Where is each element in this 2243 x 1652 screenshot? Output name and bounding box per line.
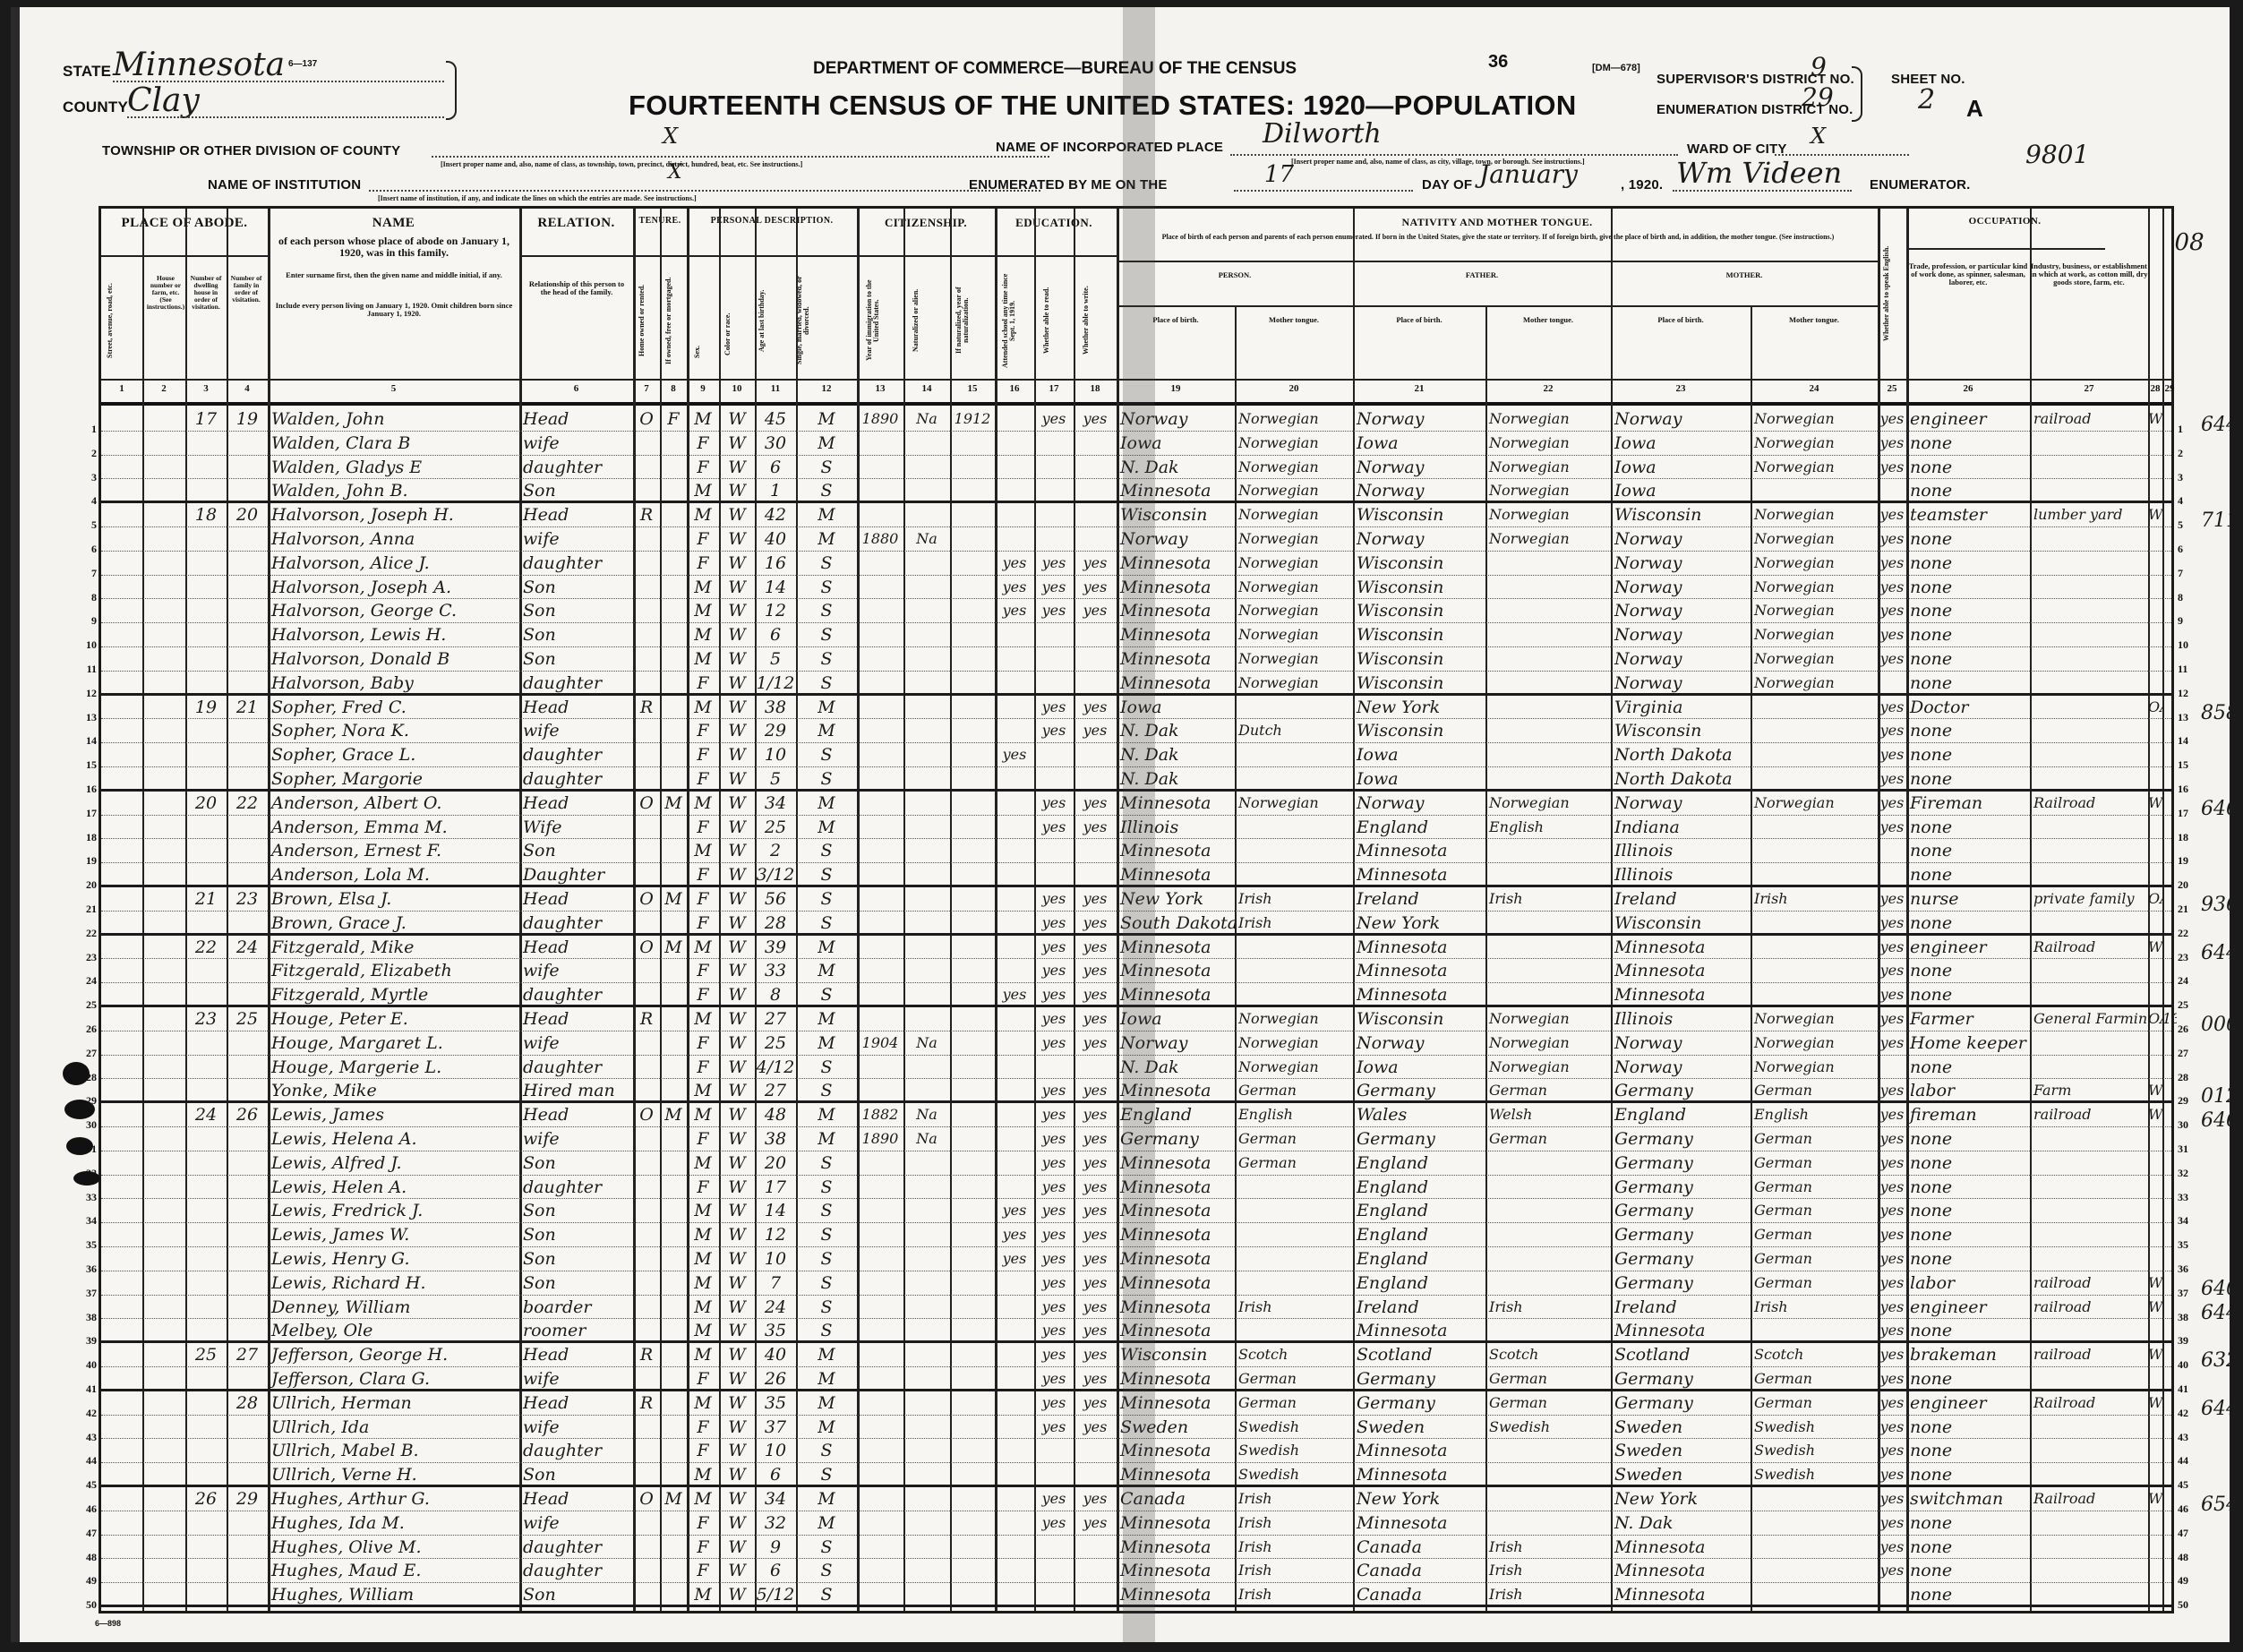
cell-f-pob: Norway — [1353, 456, 1485, 479]
cell-school — [995, 959, 1034, 982]
column-number: 13 — [857, 383, 903, 403]
cell-m-tongue — [1751, 983, 1878, 1006]
cell-m-pob: Norway — [1611, 527, 1751, 551]
cell-free: M — [660, 936, 687, 959]
cell-f-pob: Sweden — [1353, 1416, 1485, 1439]
cell-f-pob: Minnesota — [1353, 936, 1485, 959]
cell-imm — [857, 576, 903, 599]
cell-english: yes — [1878, 599, 1906, 622]
cell-relation: Head — [519, 1007, 633, 1031]
line-number: 32 — [2178, 1167, 2201, 1180]
cell-industry — [2030, 696, 2148, 719]
cell-m-pob: Illinois — [1611, 1007, 1751, 1031]
header-c16: Attended school any time since Sept. 1, … — [1002, 271, 1016, 370]
cell-school — [995, 1583, 1034, 1606]
cell-race: W — [719, 887, 755, 911]
cell-race: W — [719, 503, 755, 526]
cell-age: 12 — [755, 599, 796, 622]
cell-industry: Farm — [2030, 1079, 2148, 1102]
cell-class — [2148, 527, 2162, 551]
line-number: 21 — [75, 903, 97, 916]
cell-farm — [2162, 647, 2177, 671]
cell-age: 26 — [755, 1367, 796, 1391]
cell-f-pob: New York — [1353, 912, 1485, 935]
cell-tongue: Irish — [1235, 1487, 1353, 1511]
header-father-pob: Place of birth. — [1353, 316, 1485, 324]
header-c4: Number of family in order of visitation. — [227, 275, 266, 304]
cell-own — [633, 1319, 660, 1342]
cell-relation: wife — [519, 432, 633, 455]
cell-tongue: Norwegian — [1235, 599, 1353, 622]
occupation-code-note: 646 — [2201, 798, 2239, 820]
township-value: X — [663, 124, 678, 149]
cell-marital: M — [796, 1007, 857, 1031]
cell-free — [660, 1007, 687, 1031]
header-c25: Whether able to speak English. — [1883, 218, 1890, 370]
line-number: 31 — [2178, 1143, 2201, 1156]
cell-natyr — [950, 1536, 995, 1559]
cell-family — [227, 863, 268, 886]
cell-school: yes — [995, 552, 1034, 575]
cell-occupation: Fireman — [1906, 792, 2030, 815]
cell-school — [995, 1056, 1034, 1079]
cell-nat — [903, 576, 950, 599]
cell-own — [633, 912, 660, 935]
cell-own — [633, 1079, 660, 1102]
cell-school — [995, 623, 1034, 646]
occupation-code-note: 858 — [2201, 702, 2239, 724]
line-number: 46 — [2178, 1502, 2201, 1516]
cell-age: 6 — [755, 623, 796, 646]
cell-natyr — [950, 1583, 995, 1606]
cell-imm: 1890 — [857, 407, 903, 431]
cell-english: yes — [1878, 1031, 1906, 1055]
cell-f-pob: England — [1353, 1271, 1485, 1295]
cell-race: W — [719, 1007, 755, 1031]
cell-marital: M — [796, 1367, 857, 1391]
cell-own — [633, 672, 660, 695]
cell-name: Sopher, Fred C. — [268, 696, 519, 719]
cell-read: yes — [1034, 983, 1074, 1006]
cell-family — [227, 767, 268, 791]
cell-class: W — [2148, 503, 2162, 526]
cell-occupation: engineer — [1906, 936, 2030, 959]
cell-tongue: Swedish — [1235, 1463, 1353, 1486]
cell-race: W — [719, 672, 755, 695]
cell-dwelling — [185, 599, 227, 622]
line-number: 13 — [75, 711, 97, 724]
cell-marital: M — [796, 816, 857, 839]
cell-school — [995, 1151, 1034, 1175]
cell-race: W — [719, 839, 755, 862]
cell-own: O — [633, 887, 660, 911]
cell-occupation: none — [1906, 1199, 2030, 1222]
cell-school: yes — [995, 576, 1034, 599]
cell-english: yes — [1878, 552, 1906, 575]
cell-sex: F — [687, 912, 719, 935]
cell-free — [660, 1199, 687, 1222]
cell-class — [2148, 1536, 2162, 1559]
cell-read — [1034, 647, 1074, 671]
cell-dwelling — [185, 1463, 227, 1486]
cell-m-pob: Minnesota — [1611, 959, 1751, 982]
cell-imm — [857, 719, 903, 742]
line-number: 8 — [75, 591, 97, 604]
cell-tongue — [1235, 936, 1353, 959]
column-number: 23 — [1611, 383, 1751, 403]
cell-race: W — [719, 576, 755, 599]
cell-m-pob: Iowa — [1611, 432, 1751, 455]
cell-age: 16 — [755, 552, 796, 575]
occupation-code-note: 646 — [2201, 1109, 2239, 1132]
cell-industry — [2030, 576, 2148, 599]
cell-m-tongue: German — [1751, 1391, 1878, 1415]
header-c14: Naturalized or alien. — [912, 271, 920, 370]
cell-natyr — [950, 839, 995, 862]
cell-race: W — [719, 407, 755, 431]
cell-class — [2148, 1247, 2162, 1271]
cell-family — [227, 1367, 268, 1391]
cell-f-pob: Minnesota — [1353, 983, 1485, 1006]
cell-english: yes — [1878, 1367, 1906, 1391]
cell-m-pob: Germany — [1611, 1247, 1751, 1271]
cell-m-tongue: German — [1751, 1176, 1878, 1199]
cell-english — [1878, 672, 1906, 695]
cell-sex: F — [687, 1176, 719, 1199]
cell-sex: F — [687, 1416, 719, 1439]
line-number: 8 — [2178, 591, 2201, 604]
cell-name: Yonke, Mike — [268, 1079, 519, 1102]
form-number: 6—137 — [288, 59, 317, 69]
cell-sex: M — [687, 1271, 719, 1295]
cell-nat — [903, 767, 950, 791]
cell-english — [1878, 839, 1906, 862]
cell-school — [995, 1559, 1034, 1582]
cell-marital: S — [796, 887, 857, 911]
cell-occupation: none — [1906, 1127, 2030, 1151]
cell-natyr — [950, 1103, 995, 1126]
header-c18: Whether able to write. — [1083, 271, 1090, 370]
cell-m-pob: Germany — [1611, 1127, 1751, 1151]
header-education: EDUCATION. — [995, 216, 1113, 230]
cell-read: yes — [1034, 599, 1074, 622]
cell-tongue: Norwegian — [1235, 672, 1353, 695]
cell-m-pob: Virginia — [1611, 696, 1751, 719]
cell-imm — [857, 696, 903, 719]
cell-relation: Son — [519, 576, 633, 599]
column-number: 7 — [633, 383, 660, 403]
cell-nat — [903, 983, 950, 1006]
cell-nat — [903, 887, 950, 911]
cell-imm: 1880 — [857, 527, 903, 551]
cell-m-pob: Norway — [1611, 407, 1751, 431]
cell-write: yes — [1074, 1271, 1117, 1295]
cell-farm — [2162, 599, 2177, 622]
cell-read: yes — [1034, 1151, 1074, 1175]
cell-dwelling — [185, 983, 227, 1006]
cell-english: yes — [1878, 1127, 1906, 1151]
cell-age: 8 — [755, 983, 796, 1006]
column-number: 8 — [660, 383, 687, 403]
cell-tongue: German — [1235, 1391, 1353, 1415]
cell-f-tongue: Norwegian — [1485, 1007, 1611, 1031]
cell-dwelling — [185, 839, 227, 862]
cell-m-tongue: Swedish — [1751, 1439, 1878, 1462]
ink-blot — [66, 1137, 93, 1155]
column-number: 29 — [2162, 383, 2177, 403]
cell-family — [227, 1296, 268, 1319]
cell-occupation: none — [1906, 719, 2030, 742]
cell-m-pob: North Dakota — [1611, 767, 1751, 791]
cell-name: Lewis, Alfred J. — [268, 1151, 519, 1175]
cell-f-tongue: German — [1485, 1391, 1611, 1415]
cell-age: 38 — [755, 696, 796, 719]
cell-write: yes — [1074, 936, 1117, 959]
cell-family: 20 — [227, 503, 268, 526]
cell-dwelling — [185, 767, 227, 791]
cell-f-tongue — [1485, 839, 1611, 862]
cell-family: 24 — [227, 936, 268, 959]
cell-own: O — [633, 792, 660, 815]
cell-name: Halvorson, Baby — [268, 672, 519, 695]
cell-f-pob: New York — [1353, 696, 1485, 719]
cell-relation: Head — [519, 1103, 633, 1126]
cell-f-tongue: Irish — [1485, 1559, 1611, 1582]
cell-f-pob: Wales — [1353, 1103, 1485, 1126]
cell-relation: Son — [519, 1583, 633, 1606]
cell-class: W — [2148, 1296, 2162, 1319]
cell-school — [995, 456, 1034, 479]
cell-english: yes — [1878, 696, 1906, 719]
cell-read — [1034, 672, 1074, 695]
cell-relation: wife — [519, 1031, 633, 1055]
cell-race: W — [719, 1271, 755, 1295]
cell-m-tongue: Norwegian — [1751, 1056, 1878, 1079]
cell-race: W — [719, 1416, 755, 1439]
cell-school — [995, 1463, 1034, 1486]
cell-m-pob: Minnesota — [1611, 1559, 1751, 1582]
cell-class: W — [2148, 1391, 2162, 1415]
cell-english: yes — [1878, 983, 1906, 1006]
cell-f-pob: Canada — [1353, 1559, 1485, 1582]
cell-f-tongue — [1485, 1511, 1611, 1535]
cell-age: 6 — [755, 1463, 796, 1486]
cell-m-pob: Ireland — [1611, 887, 1751, 911]
cell-tongue: Norwegian — [1235, 647, 1353, 671]
line-number: 14 — [2178, 734, 2201, 748]
cell-industry — [2030, 672, 2148, 695]
column-number: 24 — [1751, 383, 1878, 403]
cell-dwelling — [185, 479, 227, 502]
cell-own — [633, 647, 660, 671]
cell-class: W — [2148, 1079, 2162, 1102]
cell-family — [227, 647, 268, 671]
cell-farm — [2162, 432, 2177, 455]
cell-english: yes — [1878, 767, 1906, 791]
cell-race: W — [719, 1511, 755, 1535]
cell-own — [633, 1559, 660, 1582]
cell-relation: wife — [519, 1367, 633, 1391]
header-mother-pob: Place of birth. — [1611, 316, 1751, 324]
cell-relation: wife — [519, 719, 633, 742]
cell-m-tongue — [1751, 1319, 1878, 1342]
cell-industry — [2030, 552, 2148, 575]
cell-family — [227, 432, 268, 455]
cell-class — [2148, 647, 2162, 671]
cell-occupation: none — [1906, 599, 2030, 622]
cell-relation: wife — [519, 1511, 633, 1535]
cell-read: yes — [1034, 1487, 1074, 1511]
cell-relation: daughter — [519, 1056, 633, 1079]
cell-own — [633, 1031, 660, 1055]
cell-race: W — [719, 959, 755, 982]
cell-free: M — [660, 887, 687, 911]
column-number: 1 — [101, 383, 142, 403]
line-number: 47 — [75, 1527, 97, 1540]
cell-m-tongue: Irish — [1751, 1296, 1878, 1319]
cell-m-tongue — [1751, 696, 1878, 719]
cell-marital: S — [796, 1151, 857, 1175]
line-number: 18 — [75, 831, 97, 844]
cell-sex: F — [687, 816, 719, 839]
cell-farm — [2162, 1176, 2177, 1199]
cell-name: Hughes, Arthur G. — [268, 1487, 519, 1511]
cell-marital: M — [796, 1511, 857, 1535]
cell-relation: boarder — [519, 1296, 633, 1319]
cell-imm — [857, 816, 903, 839]
line-number: 21 — [2178, 903, 2201, 916]
cell-marital: S — [796, 1319, 857, 1342]
cell-english: yes — [1878, 503, 1906, 526]
cell-natyr — [950, 1151, 995, 1175]
cell-class — [2148, 1031, 2162, 1055]
cell-school — [995, 887, 1034, 911]
cell-m-pob: Sweden — [1611, 1439, 1751, 1462]
cell-farm — [2162, 1056, 2177, 1079]
cell-family — [227, 959, 268, 982]
cell-m-pob: Iowa — [1611, 456, 1751, 479]
cell-english: yes — [1878, 792, 1906, 815]
line-number: 7 — [75, 567, 97, 580]
occupation-code-note: 936 — [2201, 894, 2239, 916]
cell-dwelling — [185, 1367, 227, 1391]
column-number: 16 — [995, 383, 1034, 403]
cell-name: Lewis, Helen A. — [268, 1176, 519, 1199]
cell-f-pob: Iowa — [1353, 743, 1485, 766]
cell-school: yes — [995, 1199, 1034, 1222]
cell-school: yes — [995, 743, 1034, 766]
cell-f-tongue: Irish — [1485, 1536, 1611, 1559]
cell-free — [660, 1151, 687, 1175]
cell-race: W — [719, 599, 755, 622]
cell-industry — [2030, 1319, 2148, 1342]
cell-imm — [857, 1271, 903, 1295]
cell-school — [995, 1487, 1034, 1511]
cell-f-tongue — [1485, 672, 1611, 695]
cell-industry — [2030, 1559, 2148, 1582]
cell-nat — [903, 1079, 950, 1102]
cell-dwelling — [185, 432, 227, 455]
cell-class — [2148, 599, 2162, 622]
cell-occupation: none — [1906, 432, 2030, 455]
cell-name: Halvorson, George C. — [268, 599, 519, 622]
cell-school — [995, 816, 1034, 839]
cell-occupation: none — [1906, 1463, 2030, 1486]
cell-tongue — [1235, 1199, 1353, 1222]
cell-tongue: Norwegian — [1235, 527, 1353, 551]
cell-farm — [2162, 1367, 2177, 1391]
cell-school — [995, 1103, 1034, 1126]
cell-free: F — [660, 407, 687, 431]
cell-tongue: Norwegian — [1235, 503, 1353, 526]
cell-school — [995, 767, 1034, 791]
line-number: 33 — [2178, 1191, 2201, 1204]
cell-sex: M — [687, 1583, 719, 1606]
cell-own: R — [633, 503, 660, 526]
cell-race: W — [719, 912, 755, 935]
cell-relation: Son — [519, 1151, 633, 1175]
census-title: FOURTEENTH CENSUS OF THE UNITED STATES: … — [629, 90, 1577, 122]
line-number: 46 — [75, 1502, 97, 1516]
line-number: 25 — [2178, 998, 2201, 1012]
cell-free — [660, 863, 687, 886]
header-c9: Sex. — [694, 334, 701, 370]
cell-own — [633, 432, 660, 455]
ward-value: X — [1811, 124, 1826, 149]
header-relation-desc: Relationship of this person to the head … — [524, 280, 629, 296]
cell-race: W — [719, 719, 755, 742]
cell-own: R — [633, 1391, 660, 1415]
cell-class — [2148, 1223, 2162, 1246]
occupation-code-note: 654 — [2201, 1494, 2239, 1516]
cell-tongue — [1235, 839, 1353, 862]
cell-read: yes — [1034, 1391, 1074, 1415]
line-number: 50 — [2178, 1598, 2201, 1612]
fold-shadow — [1123, 7, 1155, 1642]
cell-age: 2 — [755, 839, 796, 862]
cell-dwelling — [185, 1319, 227, 1342]
cell-tongue — [1235, 1247, 1353, 1271]
cell-write — [1074, 647, 1117, 671]
cell-m-pob: Sweden — [1611, 1416, 1751, 1439]
cell-write: yes — [1074, 1199, 1117, 1222]
cell-m-tongue — [1751, 767, 1878, 791]
cell-natyr — [950, 1176, 995, 1199]
cell-free — [660, 1391, 687, 1415]
cell-natyr — [950, 1296, 995, 1319]
cell-relation: Son — [519, 1223, 633, 1246]
cell-relation: daughter — [519, 456, 633, 479]
cell-class: W — [2148, 1487, 2162, 1511]
cell-class — [2148, 839, 2162, 862]
cell-marital: S — [796, 1176, 857, 1199]
line-number: 22 — [75, 927, 97, 940]
cell-own: O — [633, 407, 660, 431]
cell-sex: M — [687, 1296, 719, 1319]
cell-imm — [857, 1559, 903, 1582]
line-number: 38 — [75, 1311, 97, 1324]
cell-marital: M — [796, 1031, 857, 1055]
cell-read — [1034, 623, 1074, 646]
cell-m-pob: Norway — [1611, 623, 1751, 646]
cell-write: yes — [1074, 1511, 1117, 1535]
cell-occupation: nurse — [1906, 887, 2030, 911]
cell-m-tongue: German — [1751, 1079, 1878, 1102]
cell-write: yes — [1074, 1391, 1117, 1415]
cell-school — [995, 1511, 1034, 1535]
cell-own: R — [633, 696, 660, 719]
cell-tongue — [1235, 767, 1353, 791]
